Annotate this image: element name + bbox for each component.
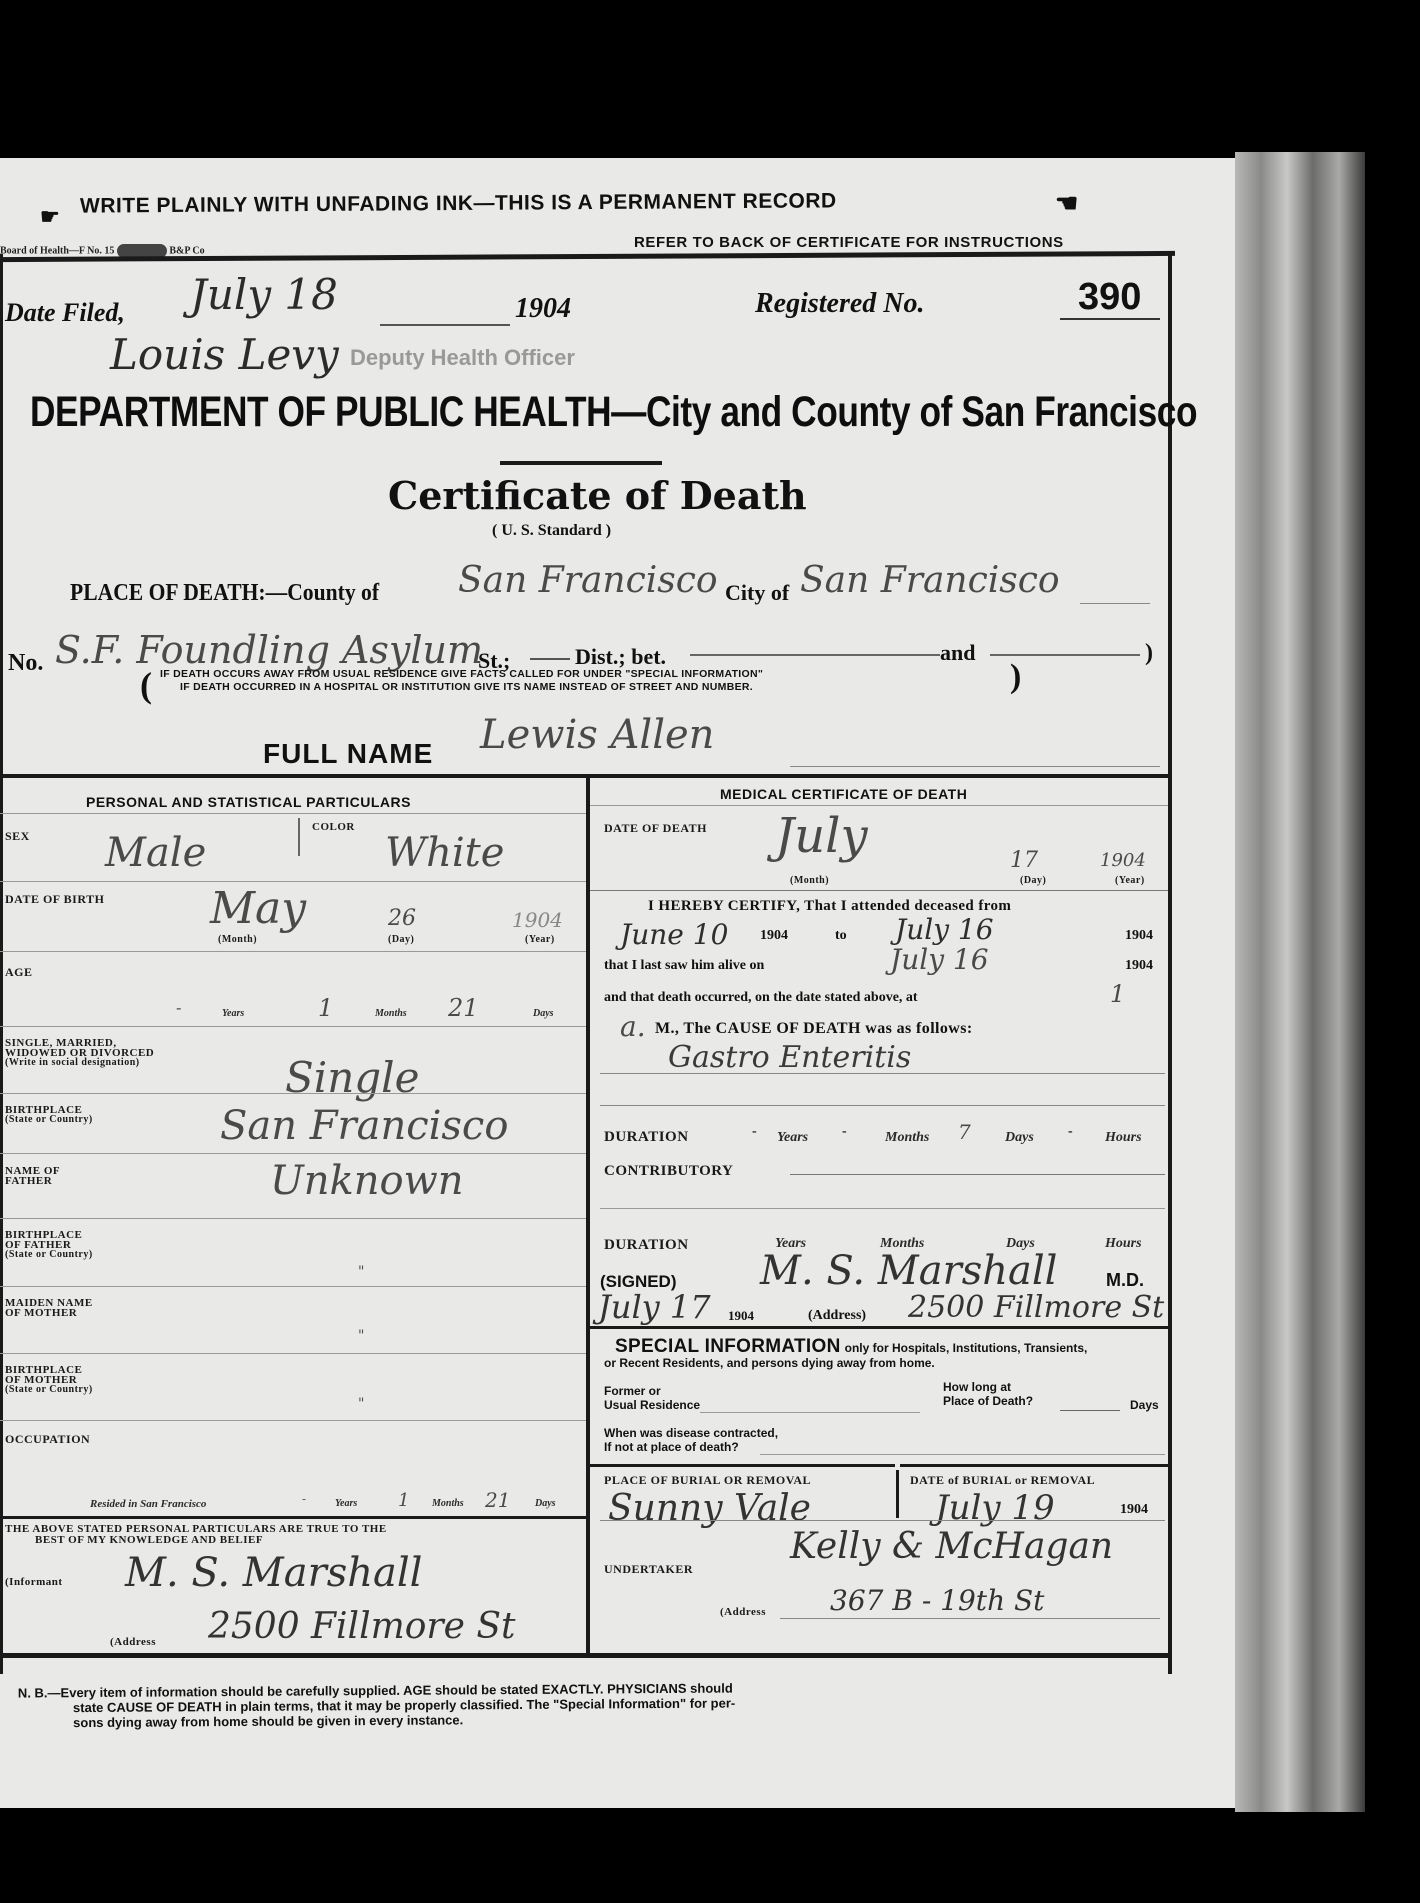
death-day-caption: (Day) bbox=[1020, 875, 1046, 887]
informant-address-label: (Address bbox=[110, 1636, 156, 1648]
undertaker-address-label: (Address bbox=[720, 1606, 766, 1618]
to-label: to bbox=[835, 928, 847, 944]
burial-year: 1904 bbox=[1120, 1502, 1148, 1518]
father-value: Unknown bbox=[270, 1158, 464, 1204]
md-label: M.D. bbox=[1106, 1270, 1144, 1291]
printer-name: B&P Co bbox=[169, 245, 204, 256]
special-info-heading: SPECIAL INFORMATION only for Hospitals, … bbox=[615, 1336, 1087, 1358]
header-banner: WRITE PLAINLY WITH UNFADING INK—THIS IS … bbox=[80, 189, 837, 218]
death-time: 1 bbox=[1110, 980, 1125, 1008]
age-months: 1 bbox=[318, 994, 333, 1022]
city-label: City of bbox=[725, 580, 789, 606]
how-long-label: How long at Place of Death? bbox=[943, 1380, 1033, 1408]
date-filed-label: Date Filed, bbox=[5, 298, 125, 328]
death-day: 17 bbox=[1010, 848, 1038, 873]
resided-years: - bbox=[302, 1492, 306, 1506]
burial-date-label: DATE of BURIAL or REMOVAL bbox=[910, 1474, 1095, 1486]
certificate-title: Certificate of Death bbox=[388, 473, 807, 518]
open-paren: ( bbox=[140, 664, 152, 706]
registered-number: 390 bbox=[1078, 276, 1141, 319]
duration2-label: DURATION bbox=[604, 1238, 689, 1253]
mother-value: " bbox=[358, 1328, 364, 1344]
physician-signature: M. S. Marshall bbox=[760, 1248, 1057, 1294]
place-of-death-label: PLACE OF DEATH:—County of bbox=[70, 580, 379, 607]
duration-days: 7 bbox=[958, 1120, 971, 1144]
physician-address: 2500 Fillmore St bbox=[908, 1290, 1164, 1325]
informant-label: (Informant bbox=[5, 1576, 63, 1588]
officer-title: Deputy Health Officer bbox=[350, 345, 575, 371]
father-birthplace-label: BIRTHPLACE OF FATHER (State or Country) bbox=[5, 1230, 93, 1260]
section-rule bbox=[0, 774, 1170, 778]
age-days: 21 bbox=[448, 994, 479, 1022]
place-note-1: IF DEATH OCCURS AWAY FROM USUAL RESIDENC… bbox=[160, 668, 763, 680]
duration-hours: - bbox=[1068, 1124, 1073, 1140]
cause-of-death: Gastro Enteritis bbox=[668, 1040, 911, 1075]
dob-label: DATE OF BIRTH bbox=[5, 893, 104, 905]
duration-months-caption: Months bbox=[885, 1130, 929, 1146]
duration-months: - bbox=[842, 1124, 847, 1140]
footer-note: N. B.—Every item of information should b… bbox=[18, 1680, 736, 1730]
district-label: Dist.; bet. bbox=[575, 644, 666, 670]
contributory-label: CONTRIBUTORY bbox=[604, 1164, 733, 1179]
title-rule bbox=[500, 461, 662, 465]
color-value: White bbox=[385, 830, 504, 876]
attestation: THE ABOVE STATED PERSONAL PARTICULARS AR… bbox=[5, 1524, 387, 1546]
resided-months: 1 bbox=[398, 1490, 409, 1511]
am-value: a. bbox=[620, 1010, 646, 1043]
hand-pointer-icon-right: ☚ bbox=[1055, 188, 1078, 219]
date-filed-value: July 18 bbox=[190, 270, 338, 319]
border-left bbox=[0, 254, 3, 1674]
date-filed-year: 1904 bbox=[515, 293, 571, 325]
dob-month: May bbox=[210, 883, 306, 934]
dob-month-caption: (Month) bbox=[218, 934, 257, 946]
burial-place: Sunny Vale bbox=[608, 1488, 811, 1529]
physician-address-label: (Address) bbox=[808, 1308, 866, 1324]
refer-instructions: REFER TO BACK OF CERTIFICATE FOR INSTRUC… bbox=[634, 234, 1064, 251]
birthplace-value: San Francisco bbox=[220, 1103, 508, 1149]
signed-date: July 17 bbox=[598, 1288, 711, 1326]
undertaker-value: Kelly & McHagan bbox=[790, 1526, 1113, 1567]
special-info-note: or Recent Residents, and persons dying a… bbox=[604, 1356, 935, 1370]
personal-heading: PERSONAL AND STATISTICAL PARTICULARS bbox=[86, 794, 411, 810]
death-certificate-page: ☛ WRITE PLAINLY WITH UNFADING INK—THIS I… bbox=[0, 158, 1235, 1808]
attended-from: June 10 bbox=[620, 918, 728, 951]
birthplace-label: BIRTHPLACE (State or Country) bbox=[5, 1105, 93, 1125]
duration-label: DURATION bbox=[604, 1130, 689, 1145]
duration2-hours-caption: Hours bbox=[1105, 1236, 1142, 1252]
attended-to-year: 1904 bbox=[1125, 928, 1153, 944]
death-year-caption: (Year) bbox=[1115, 875, 1145, 887]
resided-days-caption: Days bbox=[535, 1498, 556, 1509]
age-label: AGE bbox=[5, 966, 33, 978]
burial-date: July 19 bbox=[935, 1488, 1055, 1528]
last-saw-text: that I last saw him alive on bbox=[604, 958, 764, 974]
book-page-edge bbox=[1235, 152, 1365, 1812]
last-saw-year: 1904 bbox=[1125, 958, 1153, 974]
resided-days: 21 bbox=[485, 1488, 510, 1512]
color-label: COLOR bbox=[312, 821, 355, 833]
marital-label: SINGLE, MARRIED, WIDOWED OR DIVORCED (Wr… bbox=[5, 1038, 154, 1068]
department-title: DEPARTMENT OF PUBLIC HEALTH—City and Cou… bbox=[30, 388, 1197, 437]
occupation-label: OCCUPATION bbox=[5, 1433, 90, 1445]
dob-day-caption: (Day) bbox=[388, 934, 414, 946]
close-paren-2: ) bbox=[1010, 658, 1021, 696]
contracted-label: When was disease contracted, If not at p… bbox=[604, 1426, 778, 1454]
father-label: NAME OF FATHER bbox=[5, 1166, 60, 1186]
officer-signature: Louis Levy bbox=[110, 330, 339, 379]
resided-months-caption: Months bbox=[432, 1498, 464, 1509]
duration-years: - bbox=[752, 1124, 757, 1140]
medical-heading: MEDICAL CERTIFICATE OF DEATH bbox=[720, 786, 967, 802]
undertaker-address: 367 B - 19th St bbox=[830, 1584, 1044, 1617]
age-years-caption: Years bbox=[222, 1008, 244, 1019]
mother-label: MAIDEN NAME OF MOTHER bbox=[5, 1298, 93, 1318]
signed-year: 1904 bbox=[728, 1308, 754, 1324]
resided-label: Resided in San Francisco bbox=[90, 1498, 206, 1510]
full-name-label: FULL NAME bbox=[263, 738, 433, 770]
city-value: San Francisco bbox=[800, 560, 1060, 601]
attended-to: July 16 bbox=[895, 913, 994, 946]
duration-hours-caption: Hours bbox=[1105, 1130, 1142, 1146]
county-value: San Francisco bbox=[458, 560, 718, 601]
dob-year-caption: (Year) bbox=[525, 934, 555, 946]
address-value: S.F. Foundling Asylum bbox=[55, 628, 483, 672]
mother-birthplace-label: BIRTHPLACE OF MOTHER (State or Country) bbox=[5, 1365, 93, 1395]
death-month: July bbox=[775, 808, 868, 864]
hand-pointer-icon-left: ☛ bbox=[40, 204, 60, 230]
informant-value: M. S. Marshall bbox=[125, 1550, 422, 1596]
form-id: Board of Health—F No. 15 bbox=[0, 245, 114, 256]
father-birthplace-value: " bbox=[358, 1264, 364, 1280]
and-label: and bbox=[940, 640, 975, 666]
standard-subtitle: ( U. S. Standard ) bbox=[492, 522, 611, 540]
full-name-value: Lewis Allen bbox=[480, 712, 714, 758]
last-saw-date: July 16 bbox=[890, 943, 989, 976]
date-of-death-label: DATE OF DEATH bbox=[604, 822, 707, 834]
sex-label: SEX bbox=[5, 830, 30, 842]
registered-label: Registered No. bbox=[755, 288, 925, 320]
sex-value: Male bbox=[105, 830, 206, 876]
age-years: - bbox=[176, 998, 181, 1017]
attended-from-year: 1904 bbox=[760, 928, 788, 944]
resided-years-caption: Years bbox=[335, 1498, 357, 1509]
death-year: 1904 bbox=[1100, 850, 1146, 871]
former-residence-label: Former or Usual Residence bbox=[604, 1384, 700, 1412]
age-days-caption: Days bbox=[533, 1008, 554, 1019]
close-paren: ) bbox=[1145, 640, 1153, 667]
border-bottom bbox=[0, 1653, 1172, 1658]
place-note-2: IF DEATH OCCURRED IN A HOSPITAL OR INSTI… bbox=[180, 681, 753, 693]
mother-birthplace-value: " bbox=[358, 1396, 364, 1412]
duration-days-caption: Days bbox=[1005, 1130, 1034, 1146]
how-long-days: Days bbox=[1130, 1398, 1159, 1412]
column-divider bbox=[586, 778, 590, 1653]
dob-day: 26 bbox=[388, 906, 416, 931]
duration-years-caption: Years bbox=[777, 1130, 808, 1146]
cause-text: M., The CAUSE OF DEATH was as follows: bbox=[655, 1020, 973, 1038]
death-time-text: and that death occurred, on the date sta… bbox=[604, 990, 918, 1006]
informant-address: 2500 Fillmore St bbox=[208, 1606, 515, 1647]
dob-year: 1904 bbox=[512, 908, 563, 932]
death-month-caption: (Month) bbox=[790, 875, 829, 887]
burial-place-label: PLACE OF BURIAL OR REMOVAL bbox=[604, 1474, 811, 1486]
undertaker-label: UNDERTAKER bbox=[604, 1563, 693, 1575]
marital-value: Single bbox=[285, 1053, 419, 1102]
address-no-label: No. bbox=[8, 650, 43, 677]
border-right bbox=[1168, 254, 1172, 1674]
age-months-caption: Months bbox=[375, 1008, 407, 1019]
